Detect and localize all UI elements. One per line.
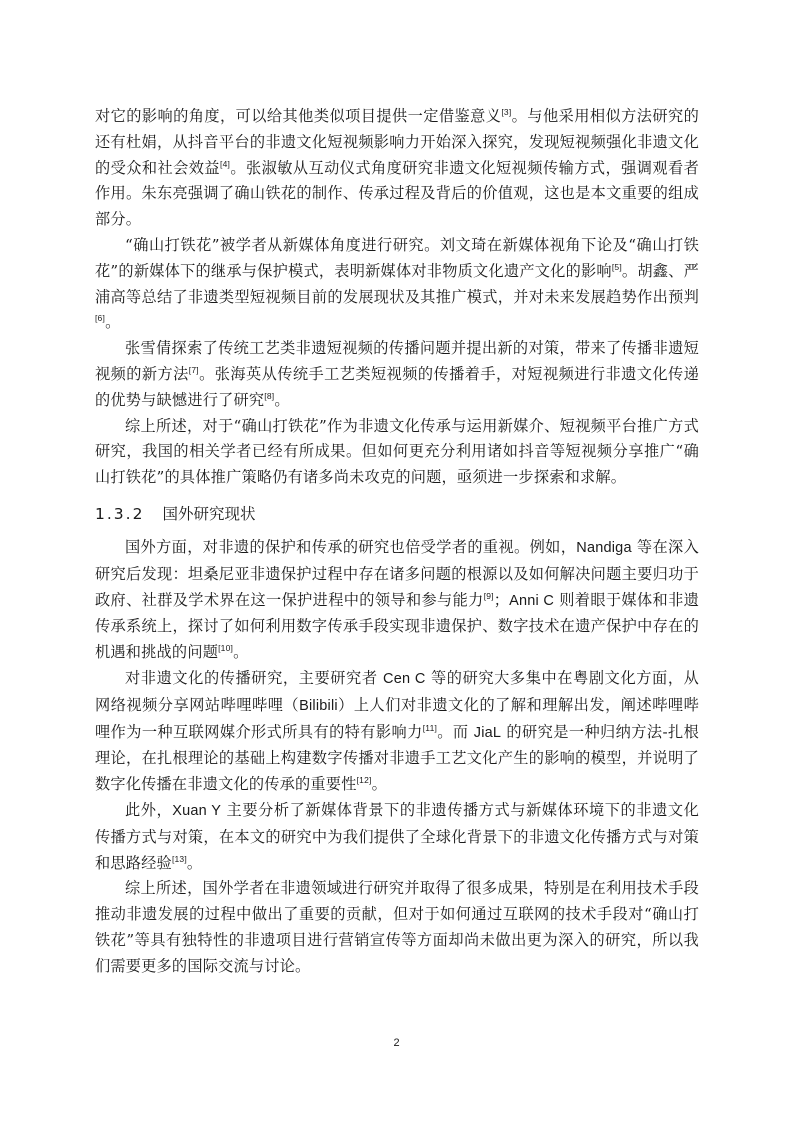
document-page: 对它的影响的角度，可以给其他类似项目提供一定借鉴意义[3]。与他采用相似方法研究… [95,104,699,980]
paragraph-text: 综上所述，国外学者在非遗领域进行研究并取得了很多成果，特别是在利用技术手段推动非… [95,879,699,974]
paragraph: 综上所述，对于“确山打铁花”作为非遗文化传承与运用新媒介、短视频平台推广方式研究… [95,414,699,491]
section-heading: 1.3.2国外研究现状 [95,501,699,527]
citation-reference: [9] [484,591,494,601]
author-name: Xuan Y [172,803,221,819]
paragraph: 张雪倩探索了传统工艺类非遗短视频的传播问题并提出新的对策，带来了传播非遗短视频的… [95,336,699,413]
paragraph: “确山打铁花”被学者从新媒体角度进行研究。刘文琦在新媒体视角下论及“确山打铁花”… [95,233,699,336]
paragraph-text: 国外方面，对非遗的保护和传承的研究也倍受学者的重视。例如， [125,538,576,556]
paragraph-text: 。 [187,854,202,872]
citation-reference: [12] [357,775,372,785]
author-name: Anni C [509,593,554,609]
author-name: Nandiga [576,540,631,556]
paragraph-text: 。 [274,391,289,409]
paragraph: 对它的影响的角度，可以给其他类似项目提供一定借鉴意义[3]。与他采用相似方法研究… [95,104,699,233]
paragraph-text: ； [494,591,509,609]
author-name: JiaL [474,725,501,741]
citation-reference: [10] [218,643,233,653]
author-name: Cen C [383,671,426,687]
citation-reference: [6] [95,313,105,323]
paragraph: 综上所述，国外学者在非遗领域进行研究并取得了很多成果，特别是在利用技术手段推动非… [95,876,699,979]
citation-reference: [11] [423,723,437,733]
citation-reference: [5] [612,262,622,272]
paragraph-text: 对它的影响的角度，可以给其他类似项目提供一定借鉴意义 [95,107,501,125]
paragraph: 国外方面，对非遗的保护和传承的研究也倍受学者的重视。例如，Nandiga 等在深… [95,535,699,666]
citation-reference: [7] [189,365,199,375]
paragraph-text: “确山打铁花”被学者从新媒体角度进行研究。刘文琦在新媒体视角下论及“确山打铁花”… [95,236,699,280]
paragraph: 对非遗文化的传播研究，主要研究者 Cen C 等的研究大多集中在粤剧文化方面，从… [95,666,699,798]
heading-number: 1.3.2 [95,505,144,523]
citation-reference: [4] [220,159,230,169]
section-foreign-research: 国外方面，对非遗的保护和传承的研究也倍受学者的重视。例如，Nandiga 等在深… [95,535,699,980]
paragraph-text: 综上所述，对于“确山打铁花”作为非遗文化传承与运用新媒介、短视频平台推广方式研究… [95,417,699,487]
citation-reference: [8] [264,391,274,401]
paragraph: 此外，Xuan Y 主要分析了新媒体背景下的非遗传播方式与新媒体环境下的非遗文化… [95,798,699,876]
heading-title: 国外研究现状 [162,505,255,523]
paragraph-text: 。 [105,313,120,331]
author-name: Bilibili [299,698,338,714]
section-domestic-research-continued: 对它的影响的角度，可以给其他类似项目提供一定借鉴意义[3]。与他采用相似方法研究… [95,104,699,491]
citation-reference: [13] [172,854,187,864]
paragraph-text: 。 [372,775,387,793]
paragraph-text: 此外， [125,801,172,819]
paragraph-text: 。 [233,643,248,661]
paragraph-text: 对非遗文化的传播研究，主要研究者 [125,669,383,687]
paragraph-text: 。而 [437,723,474,741]
page-number: 2 [0,1037,793,1049]
citation-reference: [3] [501,107,511,117]
